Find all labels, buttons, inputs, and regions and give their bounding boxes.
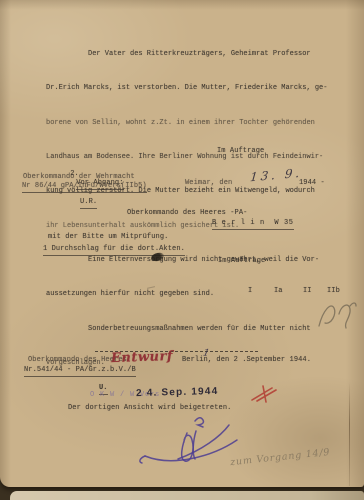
distribution-mark: IIb: [327, 287, 340, 296]
typed-line: Sonderbetreuungsmaßnahmen werden für die…: [46, 324, 346, 335]
typed-line: Der Vater des Ritterkreuzträgers, Geheim…: [46, 49, 346, 60]
draft-ref-line: Nr.541/44 - PA/Gr.z.b.V./B: [24, 366, 136, 377]
okw-receipt-stamp-date: 2 4. Sep. 1944: [136, 386, 219, 399]
typed-line: aussetzungen hierfür nicht gegeben sind.: [46, 289, 346, 300]
distribution-mark: Ia: [274, 287, 283, 296]
okw-ref-line: Nr 86/44 gPA/InFü/WVers(IIb5): [22, 182, 147, 193]
typed-line: ihr Lebensunterhalt auskömmlich gesicher…: [46, 221, 346, 232]
heer-address-org: Oberkommando des Heeres -PA-: [127, 209, 247, 218]
signature-mark: [132, 414, 244, 468]
typed-line: borene von Sellin, wohnt z.Zt. in einem …: [46, 118, 346, 129]
red-pencil-mark: [248, 385, 280, 403]
typed-line: Dr.Erich Marcks, ist verstorben. Die Mut…: [46, 83, 346, 94]
okw-org-line: Oberkommando der Wehrmacht: [23, 173, 135, 182]
heer-address-city: B e r l i n W 35: [212, 219, 294, 230]
im-auftrage-first: Im Auftrage: [217, 147, 264, 156]
concurrence-line: Der dortigen Ansicht wird beigetreten.: [68, 404, 231, 413]
document-page: Der Vater des Ritterkreuzträgers, Geheim…: [0, 0, 364, 487]
ur-mark: U.R.: [80, 198, 97, 209]
paper-crease: [349, 382, 350, 486]
distribution-mark: II: [303, 287, 312, 296]
weimar-date-prefix: Weimar, den: [185, 179, 232, 188]
pencil-paraph: [314, 298, 358, 332]
distribution-mark: I: [248, 287, 252, 296]
weimar-date-year: 1944 -: [299, 179, 325, 188]
entwurf-stamp: Entwurf: [111, 349, 173, 366]
typed-line: Eine Elternversorgung wird nicht gewährt…: [46, 255, 346, 266]
under-sheet: [10, 491, 364, 500]
im-auftrage-second: Im Auftrage: [218, 257, 265, 266]
request-line: mit der Bitte um Mitprüfung.: [48, 233, 168, 242]
pencil-note: zum Vorgang 14/9: [230, 447, 331, 468]
